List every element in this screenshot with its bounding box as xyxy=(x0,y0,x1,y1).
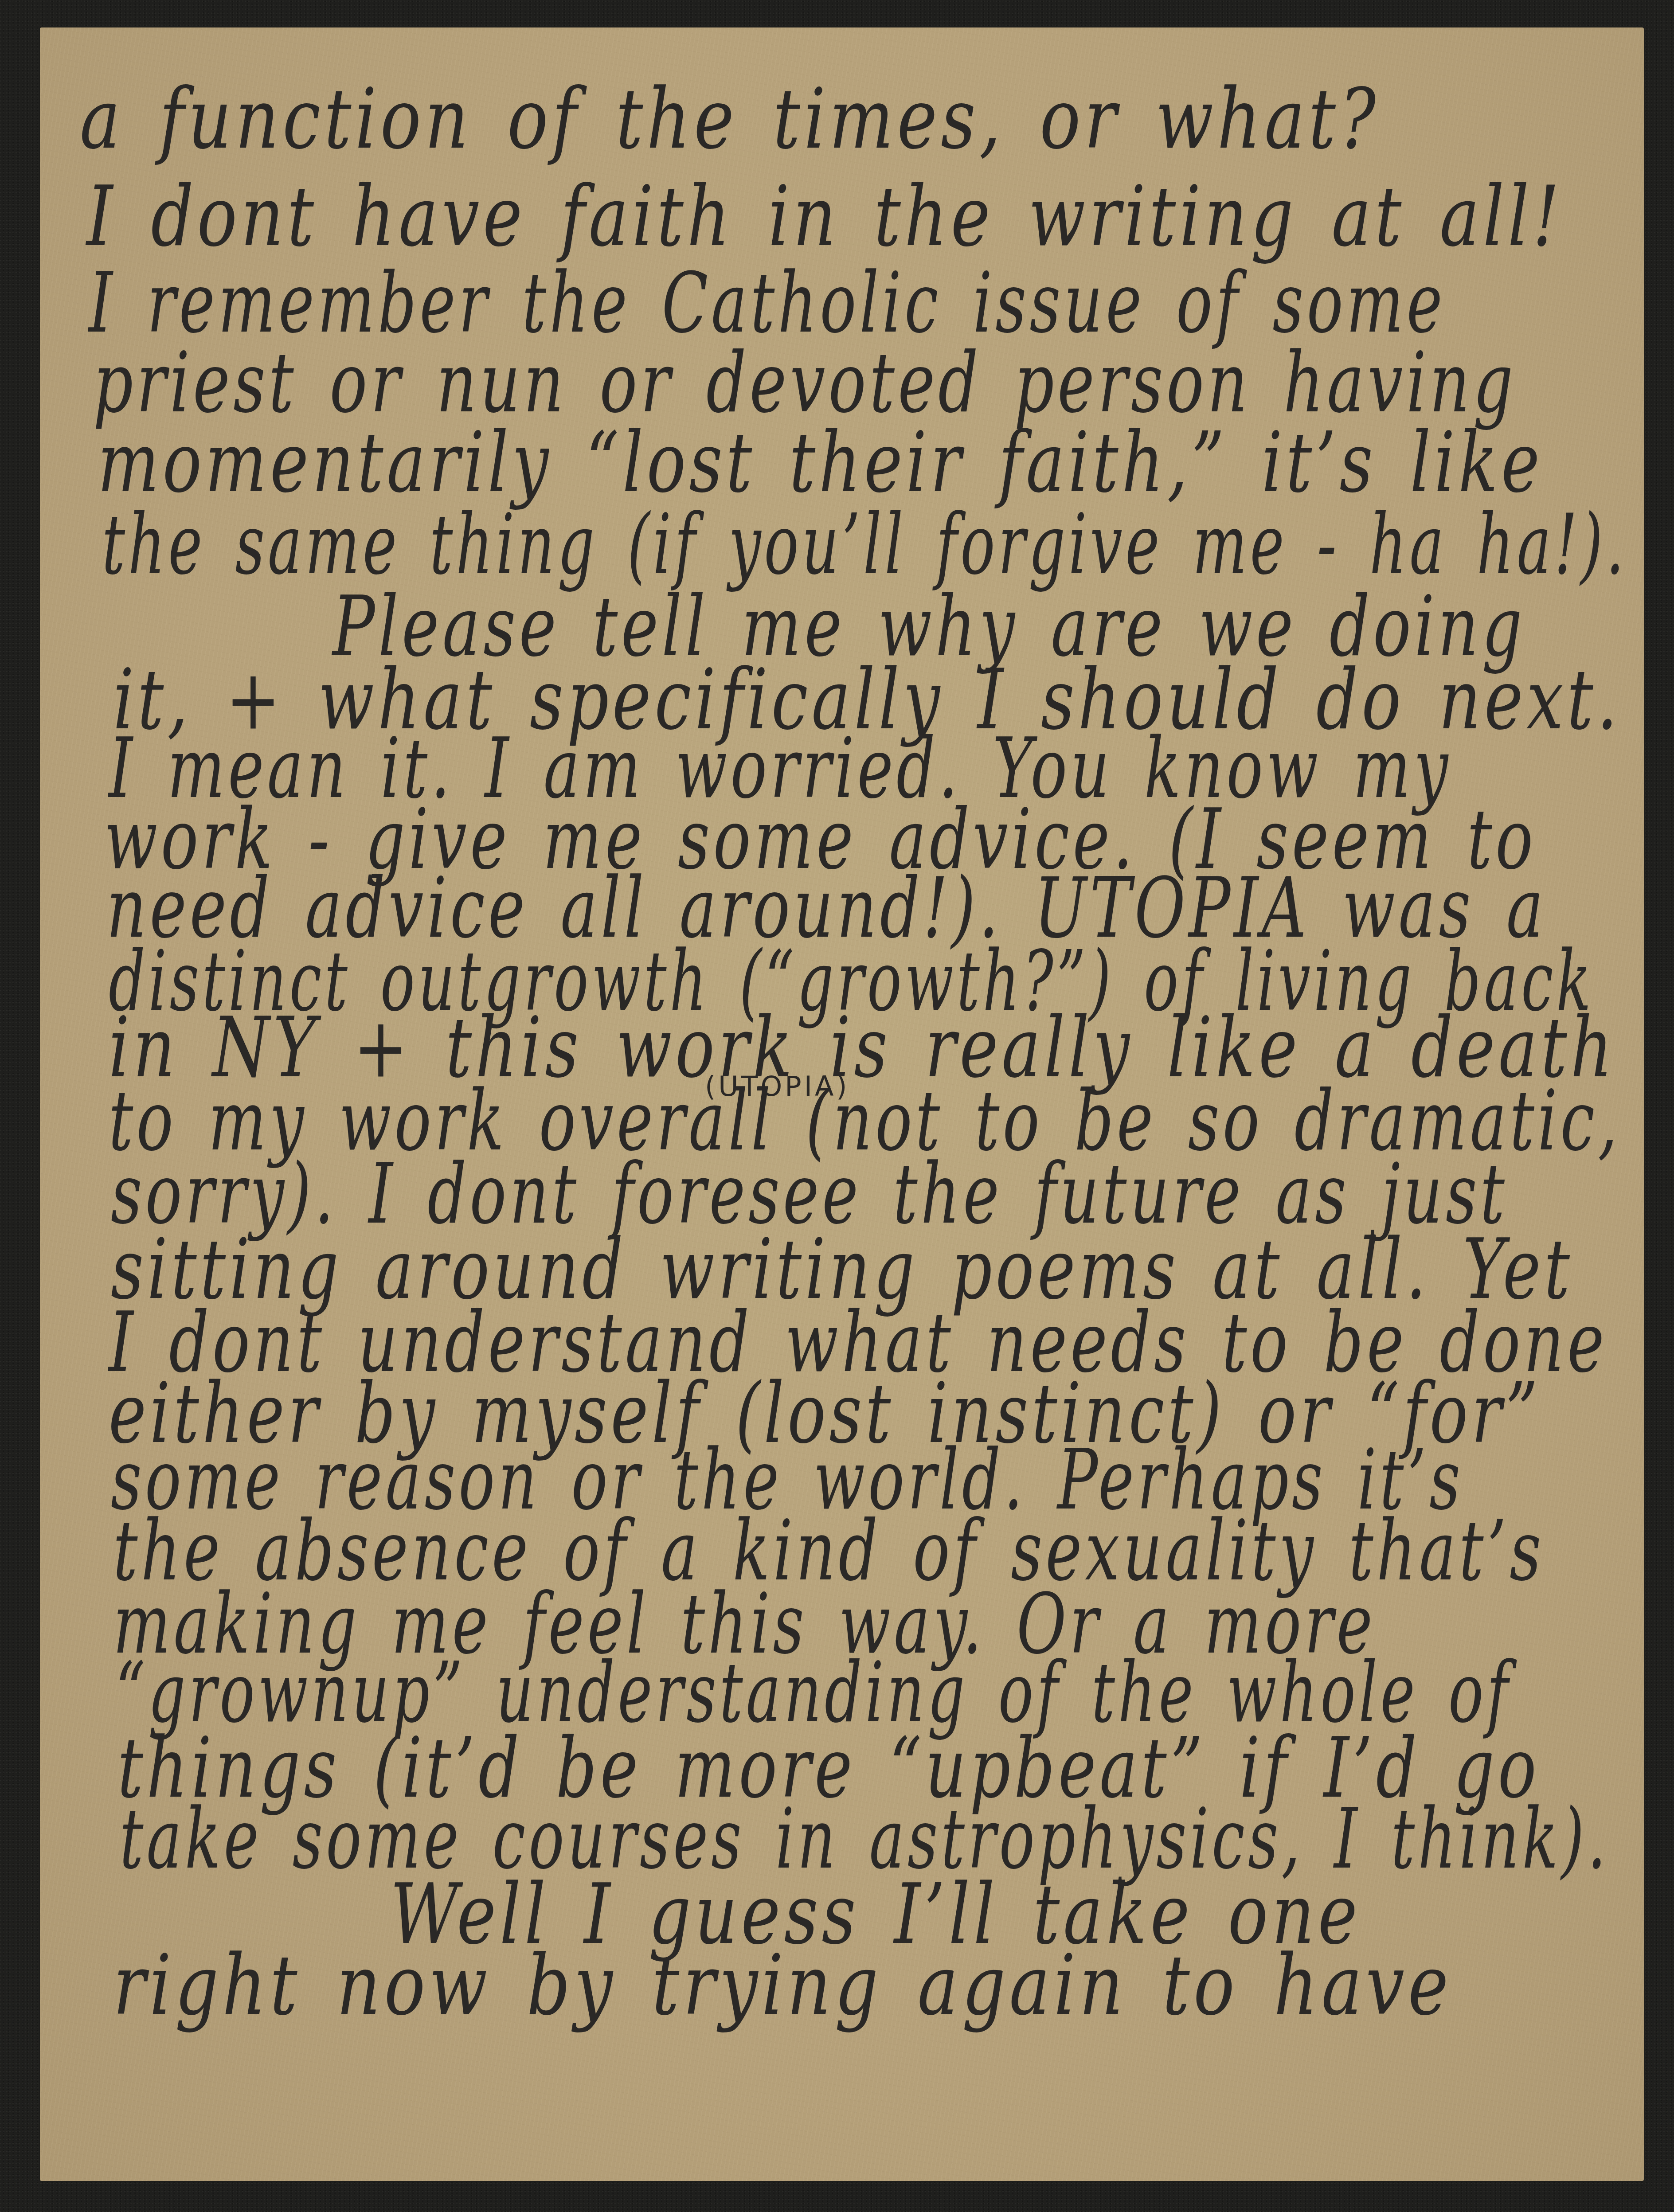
handwritten-line: momentarily “lost their faith,” it’s lik… xyxy=(98,421,1543,504)
handwritten-line: I dont have faith in the writing at all! xyxy=(86,175,1563,258)
handwritten-line: priest or nun or devoted person having xyxy=(93,341,1517,425)
handwritten-line: the same thing (if you’ll forgive me - h… xyxy=(102,503,1627,586)
inserted-annotation-utopia: (UTOPIA) xyxy=(705,1073,850,1100)
handwritten-line: I remember the Catholic issue of some xyxy=(89,262,1446,345)
handwritten-text: a function of the times, or what? I dont… xyxy=(40,27,1644,2181)
letter-page: a function of the times, or what? I dont… xyxy=(40,27,1644,2181)
handwritten-line: right now by trying again to have xyxy=(113,1944,1452,2027)
handwritten-line: a function of the times, or what? xyxy=(80,78,1379,161)
